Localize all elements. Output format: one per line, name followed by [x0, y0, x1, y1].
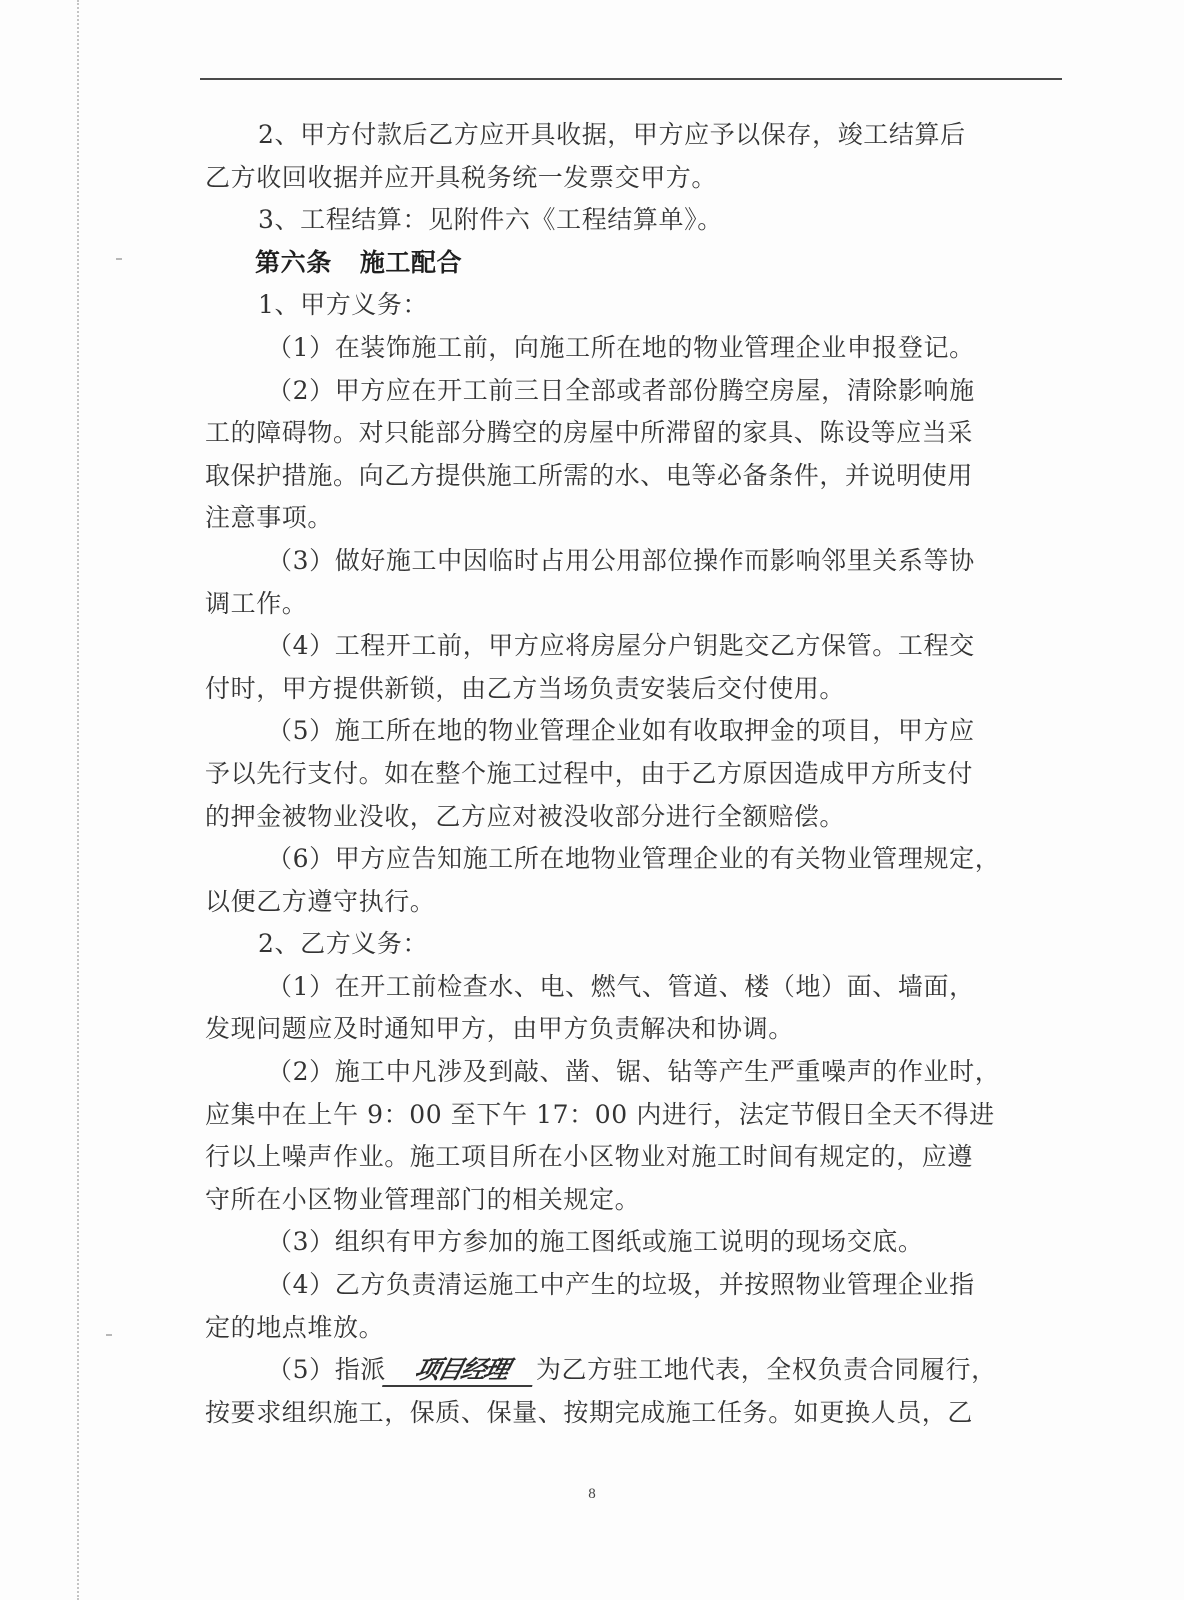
- clause-line-with-signature: （5）指派项目经理为乙方驻工地代表，全权负责合同履行，: [205, 1349, 1061, 1392]
- clause-line: 取保护措施。向乙方提供施工所需的水、电等必备条件，并说明使用: [205, 455, 1061, 498]
- page-body: 2、甲方付款后乙方应开具收据，甲方应予以保存，竣工结算后 乙方收回收据并应开具税…: [205, 114, 1061, 1434]
- clause-line: 以便乙方遵守执行。: [205, 881, 1061, 924]
- clause-line: 守所在小区物业管理部门的相关规定。: [205, 1179, 1061, 1222]
- paragraph-line: 3、工程结算：见附件六《工程结算单》。: [205, 199, 1061, 242]
- clause-line: 付时，甲方提供新锁，由乙方当场负责安装后交付使用。: [205, 668, 1061, 711]
- clause-line: （5）施工所在地的物业管理企业如有收取押金的项目，甲方应: [205, 710, 1061, 753]
- clause-line: （2）甲方应在开工前三日全部或者部份腾空房屋，清除影响施: [205, 370, 1061, 413]
- clause-line: （3）做好施工中因临时占用公用部位操作而影响邻里关系等协: [205, 540, 1061, 583]
- header-rule: [200, 78, 1062, 80]
- handwritten-representative-name: 项目经理: [382, 1355, 540, 1387]
- clause-line: 按要求组织施工，保质、保量、按期完成施工任务。如更换人员，乙: [205, 1392, 1061, 1435]
- scan-mark: [106, 1334, 112, 1336]
- paragraph-line: 乙方收回收据并应开具税务统一发票交甲方。: [205, 157, 1061, 200]
- page-number: 8: [0, 1486, 1184, 1503]
- paragraph-line: 2、甲方付款后乙方应开具收据，甲方应予以保存，竣工结算后: [205, 114, 1061, 157]
- clause-text-before: （5）指派: [267, 1355, 386, 1384]
- clause-line: 予以先行支付。如在整个施工过程中，由于乙方原因造成甲方所支付: [205, 753, 1061, 796]
- binding-dotted-line: [77, 0, 79, 1600]
- article-title: 施工配合: [360, 248, 462, 277]
- article-number: 第六条: [255, 248, 332, 277]
- clause-line: （3）组织有甲方参加的施工图纸或施工说明的现场交底。: [205, 1221, 1061, 1264]
- clause-line: 调工作。: [205, 583, 1061, 626]
- clause-line: 的押金被物业没收，乙方应对被没收部分进行全额赔偿。: [205, 796, 1061, 839]
- clause-line: （4）工程开工前，甲方应将房屋分户钥匙交乙方保管。工程交: [205, 625, 1061, 668]
- clause-line: 发现问题应及时通知甲方，由甲方负责解决和协调。: [205, 1008, 1061, 1051]
- clause-line: （6）甲方应告知施工所在地物业管理企业的有关物业管理规定，: [205, 838, 1061, 881]
- clause-line: （1）在装饰施工前，向施工所在地的物业管理企业申报登记。: [205, 327, 1061, 370]
- clause-line: 行以上噪声作业。施工项目所在小区物业对施工时间有规定的，应遵: [205, 1136, 1061, 1179]
- clause-text-after: 为乙方驻工地代表，全权负责合同履行，: [536, 1355, 997, 1384]
- clause-line: 应集中在上午 9：00 至下午 17：00 内进行，法定节假日全天不得进: [205, 1094, 1061, 1137]
- clause-line: 定的地点堆放。: [205, 1307, 1061, 1350]
- clause-line: （1）在开工前检查水、电、燃气、管道、楼（地）面、墙面，: [205, 966, 1061, 1009]
- clause-line: 注意事项。: [205, 497, 1061, 540]
- clause-line: （2）施工中凡涉及到敲、凿、锯、钻等产生严重噪声的作业时，: [205, 1051, 1061, 1094]
- article-heading: 第六条施工配合: [205, 242, 1061, 285]
- clause-line: （4）乙方负责清运施工中产生的垃圾，并按照物业管理企业指: [205, 1264, 1061, 1307]
- scan-mark: [116, 258, 122, 260]
- section-label: 2、乙方义务：: [205, 923, 1061, 966]
- section-label: 1、甲方义务：: [205, 284, 1061, 327]
- clause-line: 工的障碍物。对只能部分腾空的房屋中所滞留的家具、陈设等应当采: [205, 412, 1061, 455]
